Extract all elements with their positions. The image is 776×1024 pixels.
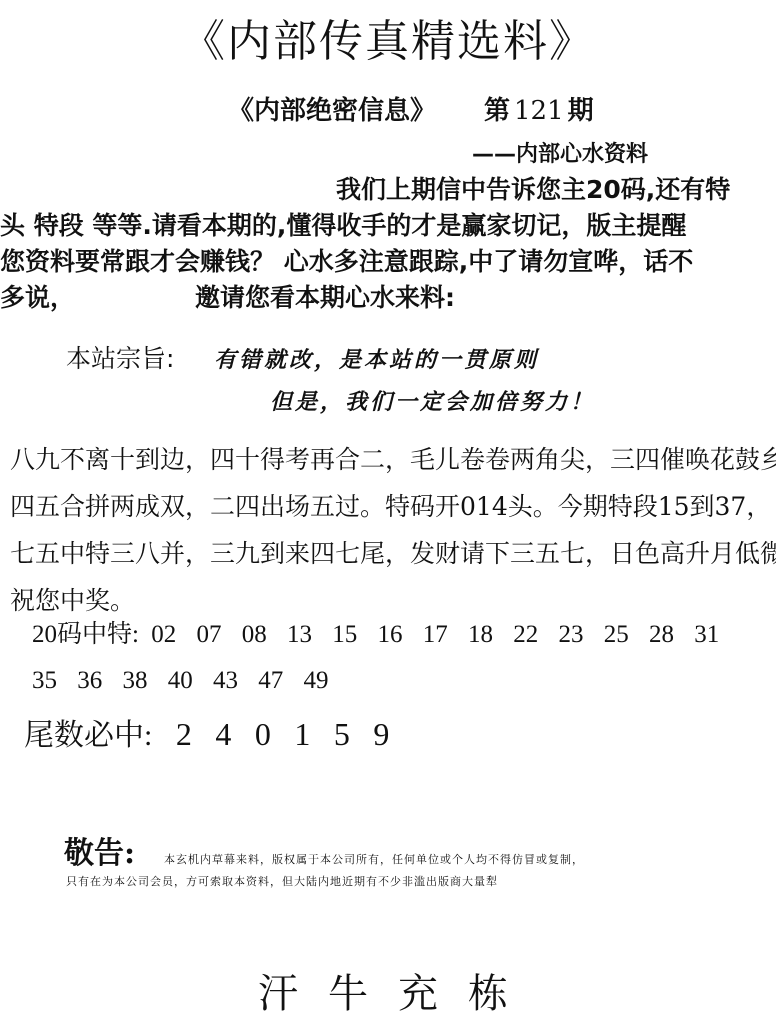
code-number: 23 (558, 618, 583, 652)
notice-line-1: 本玄机内草幕来料，版权属于本公司所有，任何单位或个人均不得仿冒或复制， (164, 852, 584, 868)
code-number: 22 (513, 618, 538, 652)
issue-suffix: 期 (568, 96, 594, 126)
intro-line: 您资料要常跟才会赚钱？ 心水多注意跟踪,中了请勿宣哗，话不 (0, 244, 776, 280)
codes-row-2: 35 36 38 40 43 47 49 (32, 664, 343, 698)
tail-digit: 0 (255, 714, 271, 754)
code-number: 16 (377, 618, 402, 652)
code-number: 08 (242, 618, 267, 652)
code-number: 15 (332, 618, 357, 652)
code-number: 40 (168, 664, 193, 698)
code-number: 38 (123, 664, 148, 698)
tail-digit: 2 (176, 714, 192, 754)
main-title: 《内部传真精选料》 (0, 14, 776, 70)
notice-line-2: 只有在为本公司会员，方可索取本资料，但大陆内地近期有不少非滥出版商大量犁 (66, 874, 498, 890)
code-number: 02 (151, 618, 176, 652)
motto-line-1: 有错就改，是本站的一贯原则 (214, 344, 539, 376)
issue-number: 第121期 (484, 94, 594, 128)
codes-row-1: 20码中特: 02 07 08 13 15 16 17 18 22 23 25 … (32, 618, 733, 652)
issue-prefix: 第 (484, 96, 510, 126)
intro-line: 头 特段 等等.请看本期的,懂得收手的才是赢家切记，版主提醒 (0, 208, 776, 244)
intro-line-text: 多说， (0, 283, 75, 312)
tail-digit: 1 (294, 714, 310, 754)
code-number: 18 (468, 618, 493, 652)
tail-numbers: 尾数必中: 2 4 0 1 5 9 (24, 714, 389, 756)
code-number: 47 (258, 664, 283, 698)
notice-label: 敬告: (64, 836, 135, 872)
motto-line-2: 但是，我们一定会加倍努力！ (270, 386, 595, 418)
intro-invite: 邀请您看本期心水来料: (195, 283, 455, 312)
tail-label: 尾数必中: (24, 719, 152, 752)
code-number: 17 (423, 618, 448, 652)
code-number: 49 (304, 664, 329, 698)
issue-value: 121 (514, 96, 564, 126)
source-label: ——内部心水资料 (472, 140, 648, 170)
motto-label: 本站宗旨: (66, 342, 174, 376)
code-number: 43 (213, 664, 238, 698)
poem-line: 祝您中奖。 (10, 577, 776, 624)
intro-line: 多说，邀请您看本期心水来料: (0, 280, 776, 316)
codes-label: 20码中特: (32, 621, 139, 648)
poem-line: 七五中特三八并，三九到来四七尾，发财请下三五七，日色高升月低微。 (10, 530, 776, 577)
code-number: 13 (287, 618, 312, 652)
code-number: 36 (77, 664, 102, 698)
poem-line: 四五合拼两成双，二四出场五过。特码开014头。今期特段15到37， (10, 483, 776, 530)
intro-paragraph: 我们上期信中告诉您主20码,还有特 头 特段 等等.请看本期的,懂得收手的才是赢… (0, 172, 776, 316)
tail-digit: 4 (215, 714, 231, 754)
code-number: 35 (32, 664, 57, 698)
intro-line: 我们上期信中告诉您主20码,还有特 (0, 172, 776, 208)
code-number: 25 (604, 618, 629, 652)
tail-digit: 5 (334, 714, 350, 754)
poem-line: 八九不离十到边，四十得考再合二，毛儿卷卷两角尖，三四催唤花鼓乡 (10, 436, 776, 483)
subtitle: 《内部绝密信息》 (228, 94, 436, 128)
code-number: 28 (649, 618, 674, 652)
code-number: 31 (694, 618, 719, 652)
tail-digit: 9 (373, 714, 389, 754)
code-number: 07 (196, 618, 221, 652)
prediction-poem: 八九不离十到边，四十得考再合二，毛儿卷卷两角尖，三四催唤花鼓乡 四五合拼两成双，… (10, 436, 776, 624)
footer-slogan: 汗牛充栋 (0, 968, 776, 1020)
